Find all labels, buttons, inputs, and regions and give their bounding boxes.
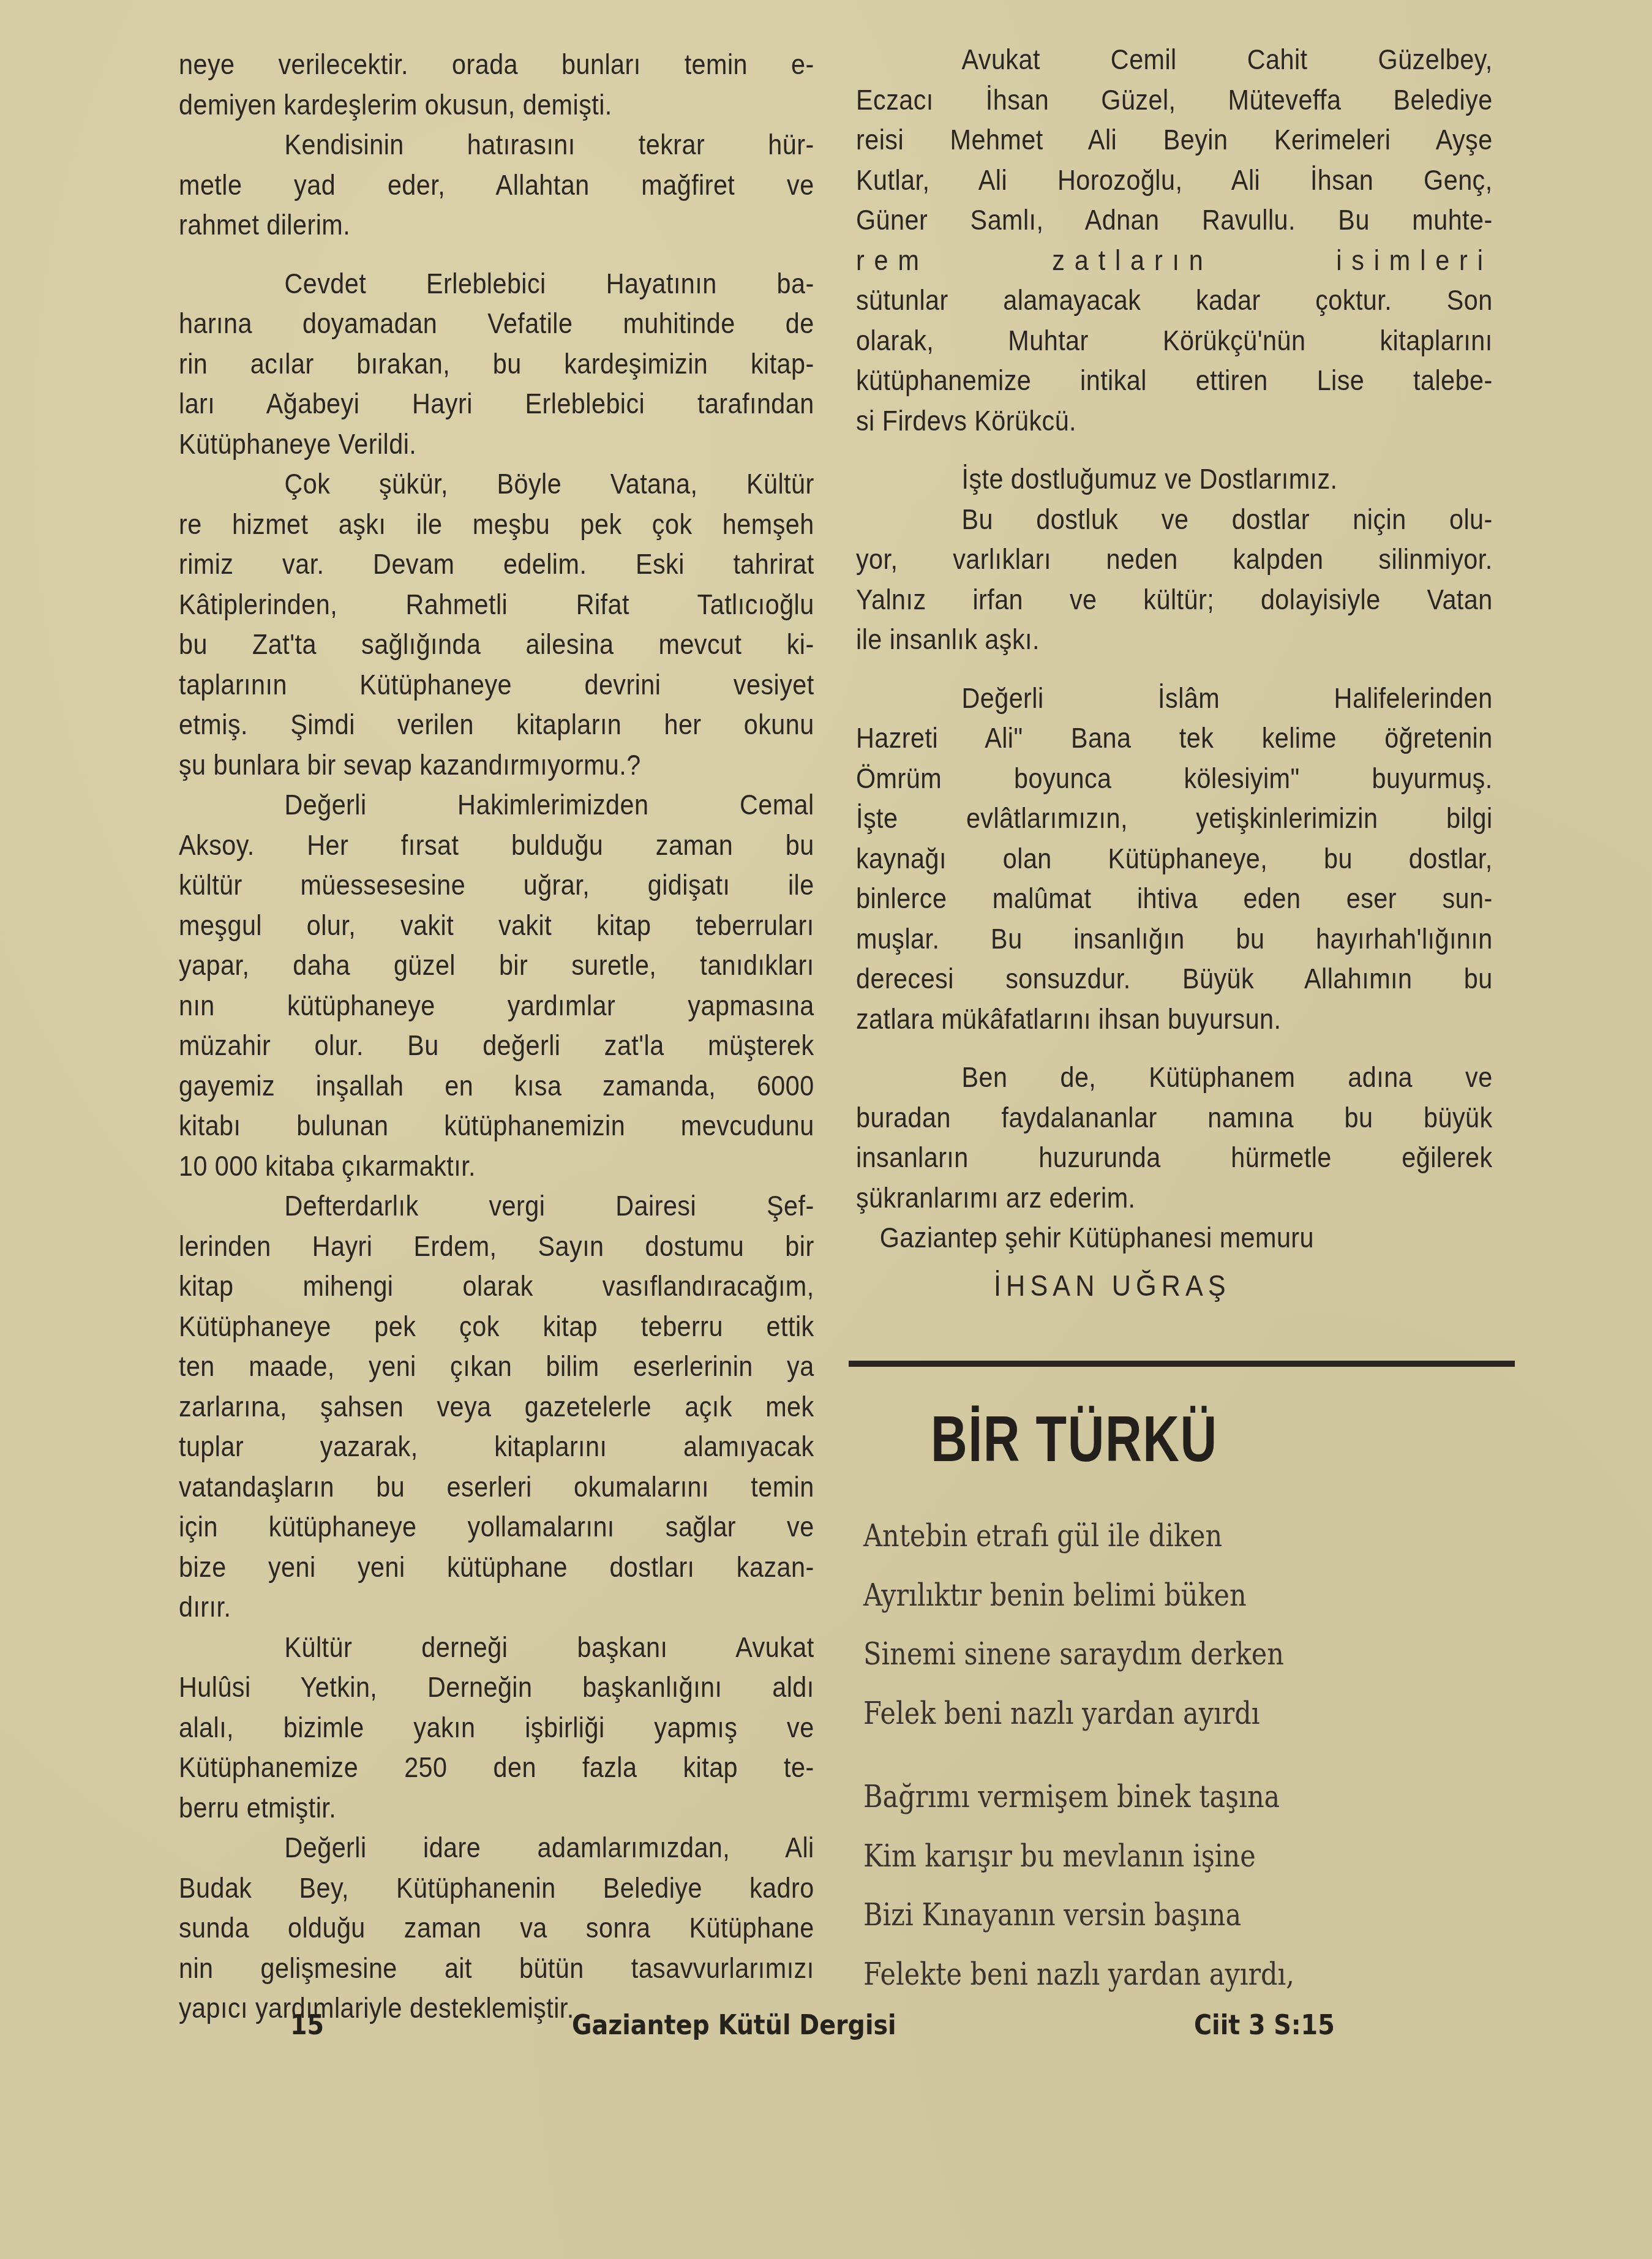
- text-line: taplarının Kütüphaneye devrini vesiyet: [179, 664, 814, 705]
- text-line: neye verilecektir. orada bunları temin e…: [179, 44, 814, 85]
- text-line: si Firdevs Körükcü.: [856, 400, 1493, 441]
- text-line: re hizmet aşkı ile meşbu pek çok hemşeh: [179, 504, 814, 544]
- poem-line: Antebin etrafı gül ile diken: [863, 1506, 1416, 1566]
- text-line: ile insanlık aşkı.: [856, 619, 1493, 660]
- text-line: yapar, daha güzel bir suretle, tanıdıkla…: [179, 945, 814, 985]
- poem-line: Sinemi sinene saraydım derken: [863, 1625, 1416, 1684]
- text-line: Kütüphaneye Verildi.: [179, 424, 814, 464]
- text-line: rin acılar bırakan, bu kardeşimizin kita…: [179, 344, 814, 384]
- text-line: sütunlar alamayacak kadar çoktur. Son: [856, 280, 1493, 320]
- text-line: rimiz var. Devam edelim. Eski tahrirat: [179, 544, 814, 584]
- text-line: kaynağı olan Kütüphaneye, bu dostlar,: [856, 838, 1493, 879]
- text-line: zarlarına, şahsen veya gazetelerle açık …: [179, 1386, 814, 1427]
- text-line: sunda olduğu zaman va sonra Kütüphane: [179, 1908, 814, 1948]
- text-line: Değerli Hakimlerimizden Cemal: [179, 784, 814, 825]
- text-line: gayemiz inşallah en kısa zamanda, 6000: [179, 1066, 814, 1106]
- magazine-page: neye verilecektir. orada bunları temin e…: [0, 0, 1652, 2259]
- poem-title: BİR TÜRKÜ: [931, 1402, 1313, 1476]
- text-line: vatandaşların bu eserleri okumalarını te…: [179, 1467, 814, 1507]
- text-line: kitap mihengi olarak vasıflandıracağım,: [179, 1266, 814, 1306]
- text-line: harına doyamadan Vefatile muhitinde de: [179, 303, 814, 344]
- poem-line: Kim karışır bu mevlanın işine: [863, 1827, 1416, 1886]
- text-line: bize yeni yeni kütüphane dostları kazan-: [179, 1547, 814, 1587]
- text-line: buradan faydalananlar namına bu büyük: [856, 1097, 1493, 1138]
- poem: Antebin etrafı gül ile diken Ayrılıktır …: [863, 1506, 1506, 2004]
- right-column: Avukat Cemil Cahit Güzelbey, Eczacı İhsa…: [856, 39, 1493, 1306]
- text-line: etmiş. Şimdi verilen kitapların her okun…: [179, 704, 814, 745]
- text-line: Çok şükür, Böyle Vatana, Kültür: [179, 464, 814, 504]
- text-line: muşlar. Bu insanlığın bu hayırhah'lığını…: [856, 919, 1493, 959]
- text-line: 10 000 kitaba çıkarmaktır.: [179, 1146, 814, 1186]
- text-line: insanların huzurunda hürmetle eğilerek: [856, 1137, 1493, 1178]
- text-line: zatlara mükâfatlarını ihsan buyursun.: [856, 999, 1493, 1039]
- text-line: Yalnız irfan ve kültür; dolayisiyle Vata…: [856, 579, 1493, 620]
- text-line: Avukat Cemil Cahit Güzelbey,: [856, 39, 1493, 80]
- text-line: Ömrüm boyunca kölesiyim" buyurmuş.: [856, 758, 1493, 799]
- text-line: Güner Samlı, Adnan Ravullu. Bu muhte-: [856, 200, 1493, 240]
- text-line: berru etmiştir.: [179, 1787, 814, 1828]
- text-line: alalı, bizimle yakın işbirliği yapmış ve: [179, 1707, 814, 1748]
- text-line: ten maade, yeni çıkan bilim eserlerinin …: [179, 1346, 814, 1386]
- poem-line: Bağrımı vermişem binek taşına: [863, 1767, 1416, 1827]
- text-line: Kâtiplerinden, Rahmetli Rifat Tatlıcıoğl…: [179, 584, 814, 625]
- text-line: metle yad eder, Allahtan mağfiret ve: [179, 165, 814, 205]
- text-line: Hazreti Ali" Bana tek kelime öğretenin: [856, 718, 1493, 758]
- poem-line: Bizi Kınayanın versin başına: [863, 1885, 1416, 1945]
- text-line: reisi Mehmet Ali Beyin Kerimeleri Ayşe: [856, 119, 1493, 160]
- text-line: Kültür derneği başkanı Avukat: [179, 1627, 814, 1667]
- poem-stanza: Antebin etrafı gül ile diken Ayrılıktır …: [863, 1506, 1506, 1743]
- text-line: dırır.: [179, 1587, 814, 1627]
- text-line: müzahir olur. Bu değerli zat'la müşterek: [179, 1025, 814, 1066]
- text-line: Hulûsi Yetkin, Derneğin başkanlığını ald…: [179, 1667, 814, 1707]
- text-line: Cevdet Erleblebici Hayatının ba-: [179, 263, 814, 304]
- poem-line: Felek beni nazlı yardan ayırdı: [863, 1684, 1416, 1743]
- poem-stanza: Bağrımı vermişem binek taşına Kim karışı…: [863, 1767, 1506, 2004]
- text-line: İşte evlâtlarımızın, yetişkinlerimizin b…: [856, 798, 1493, 838]
- text-line: kültür müessesesine uğrar, gidişatı ile: [179, 865, 814, 905]
- text-line: derecesi sonsuzdur. Büyük Allahımın bu: [856, 958, 1493, 999]
- text-line: kütüphanemize intikal ettiren Lise taleb…: [856, 360, 1493, 400]
- poem-line: Ayrılıktır benin belimi büken: [863, 1566, 1416, 1625]
- text-line: İşte dostluğumuz ve Dostlarımız.: [856, 459, 1493, 499]
- text-line: tuplar yazarak, kitaplarını alamıyacak: [179, 1426, 814, 1467]
- text-line: şu bunlara bir sevap kazandırmıyormu.?: [179, 745, 814, 785]
- text-line: binlerce malûmat ihtiva eden eser sun-: [856, 878, 1493, 919]
- text-line: Değerli İslâm Halifelerinden: [856, 678, 1493, 718]
- text-line: kitabı bulunan kütüphanemizin mevcudunu: [179, 1105, 814, 1146]
- text-line: için kütüphaneye yollamalarını sağlar ve: [179, 1506, 814, 1547]
- page-number: 15: [290, 2010, 324, 2041]
- text-line: Bu dostluk ve dostlar niçin olu-: [856, 499, 1493, 539]
- text-line: Budak Bey, Kütüphanenin Belediye kadro: [179, 1868, 814, 1908]
- text-line: nın kütüphaneye yardımlar yapmasına: [179, 985, 814, 1026]
- text-line: bu Zat'ta sağlığında ailesina mevcut ki-: [179, 624, 814, 664]
- text-line: Defterdarlık vergi Dairesi Şef-: [179, 1186, 814, 1226]
- text-line: olarak, Muhtar Körükçü'nün kitaplarını: [856, 320, 1493, 361]
- text-line: Değerli idare adamlarımızdan, Ali: [179, 1827, 814, 1868]
- text-line: Kutlar, Ali Horozoğlu, Ali İhsan Genç,: [856, 160, 1493, 200]
- text-line: demiyen kardeşlerim okusun, demişti.: [179, 85, 814, 125]
- publication-name: Gaziantep Kütül Dergisi: [572, 2010, 896, 2041]
- text-line: Eczacı İhsan Güzel, Müteveffa Belediye: [856, 80, 1493, 120]
- text-line: Kütüphaneye pek çok kitap teberru ettik: [179, 1306, 814, 1347]
- text-line: Kütüphanemize 250 den fazla kitap te-: [179, 1747, 814, 1787]
- poem-line: Felekte beni nazlı yardan ayırdı,: [863, 1945, 1416, 2004]
- text-line: rahmet dilerim.: [179, 205, 814, 245]
- text-line: meşgul olur, vakit vakit kitap teberrula…: [179, 905, 814, 945]
- volume-issue: Ciit 3 S:15: [1194, 2010, 1335, 2041]
- text-line: nin gelişmesine ait bütün tasavvurlarımı…: [179, 1948, 814, 1988]
- signature-organization: Gaziantep şehir Kütüphanesi memuru: [856, 1217, 1416, 1258]
- text-line: şükranlarımı arz ederim.: [856, 1178, 1493, 1218]
- left-column: neye verilecektir. orada bunları temin e…: [179, 44, 814, 2028]
- text-line: Kendisinin hatırasını tekrar hür-: [179, 124, 814, 165]
- text-line: yor, varlıkları neden kalpden silinmiyor…: [856, 539, 1493, 579]
- text-line: ları Ağabeyi Hayri Erleblebici tarafında…: [179, 383, 814, 424]
- section-divider: [849, 1361, 1515, 1367]
- signature-name: İHSAN UĞRAŞ: [856, 1266, 1429, 1307]
- text-line: rem zatların isimleri: [856, 240, 1493, 280]
- text-line: Ben de, Kütüphanem adına ve: [856, 1057, 1493, 1097]
- text-line: lerinden Hayri Erdem, Sayın dostumu bir: [179, 1226, 814, 1266]
- text-line: Aksoy. Her fırsat bulduğu zaman bu: [179, 825, 814, 865]
